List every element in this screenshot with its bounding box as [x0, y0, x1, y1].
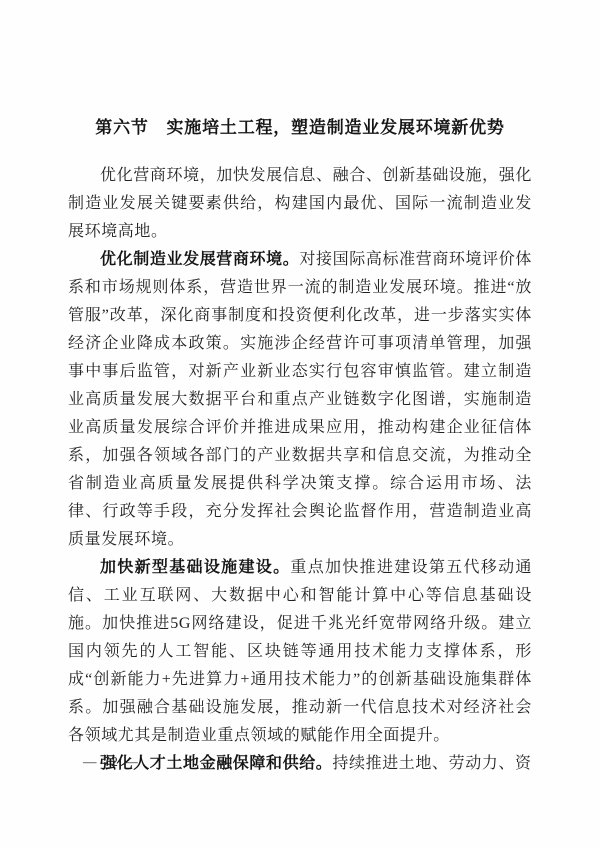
paragraph: 优化营商环境，加快发展信息、融合、创新基础设施，强化制造业发展关键要素供给，构建… [68, 162, 532, 246]
paragraph: 加快新型基础设施建设。重点加快推进建设第五代移动通信、工业互联网、大数据中心和智… [68, 554, 532, 750]
paragraph-lead: 加快新型基础设施建设。 [100, 559, 290, 576]
section-title: 第六节 实施培土工程，塑造制造业发展环境新优势 [0, 113, 600, 138]
document-page: 第六节 实施培土工程，塑造制造业发展环境新优势 优化营商环境，加快发展信息、融合… [0, 0, 600, 848]
page-number: — 72 — [83, 754, 139, 770]
document-body: 优化营商环境，加快发展信息、融合、创新基础设施，强化制造业发展关键要素供给，构建… [68, 162, 532, 778]
paragraph-text: 优化营商环境，加快发展信息、融合、创新基础设施，强化制造业发展关键要素供给，构建… [68, 167, 532, 240]
paragraph-text: 对接国际高标准营商环境评价体系和市场规则体系，营造世界一流的制造业发展环境。推进… [68, 251, 532, 548]
paragraph-lead: 优化制造业发展营商环境。 [100, 251, 299, 268]
paragraph-text: 持续推进土地、劳动力、资 [332, 755, 531, 772]
paragraph-text: 重点加快推进建设第五代移动通信、工业互联网、大数据中心和智能计算中心等信息基础设… [68, 559, 532, 744]
paragraph: 优化制造业发展营商环境。对接国际高标准营商环境评价体系和市场规则体系，营造世界一… [68, 246, 532, 554]
